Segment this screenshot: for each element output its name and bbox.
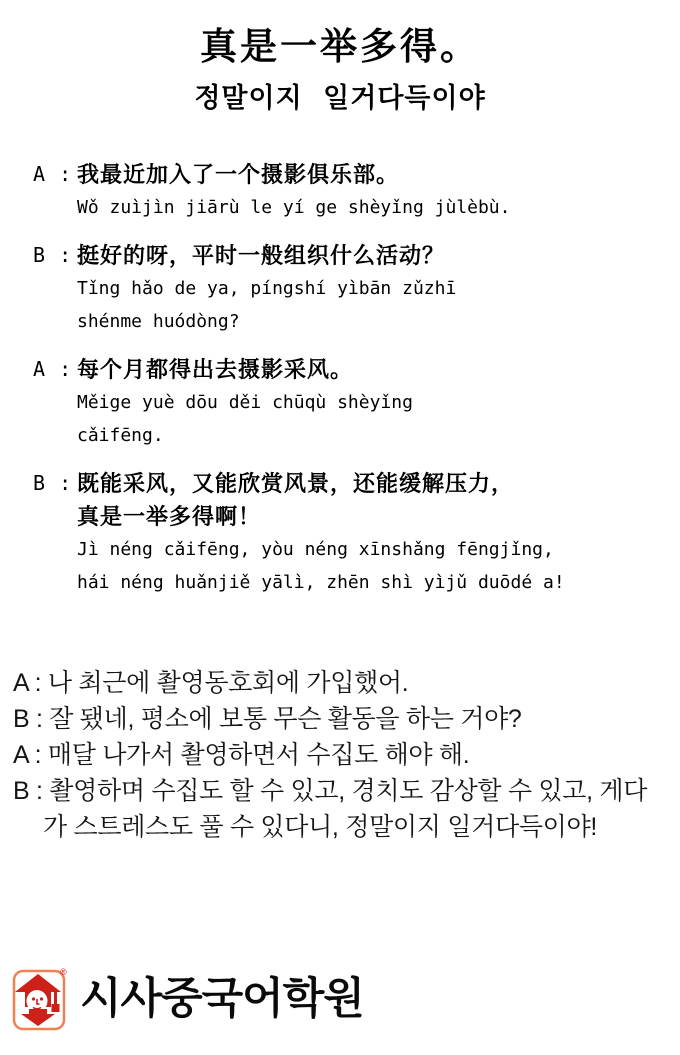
speaker-label: B : (33, 467, 77, 599)
chinese-line: 我最近加入了一个摄影俱乐部。 (77, 158, 680, 191)
korean-line: A : 매달 나가서 촬영하면서 수집도 해야 해. (13, 737, 666, 773)
chinese-line: 既能采风，又能欣赏风景，还能缓解压力， (77, 467, 680, 500)
logo-text: 시사중국어학원 (80, 963, 364, 1035)
pinyin-line: cǎifēng. (77, 419, 680, 452)
chinese-line: 真是一举多得啊！ (77, 500, 680, 533)
pinyin-line: Měige yuè dōu děi chūqù shèyǐng (77, 386, 680, 419)
dialogue-body: 每个月都得出去摄影采风。 Měige yuè dōu děi chūqù shè… (77, 353, 680, 452)
page-title-korean: 정말이지 일거다득이야 (0, 82, 680, 114)
pinyin-line: shénme huódòng? (77, 305, 680, 338)
dialogue-item-3: A : 每个月都得出去摄影采风。 Měige yuè dōu děi chūqù… (33, 353, 680, 452)
dialogue-item-2: B : 挺好的呀，平时一般组织什么活动？ Tǐng hǎo de ya, pín… (33, 239, 680, 338)
page-title-chinese: 真是一举多得。 (0, 26, 680, 70)
publisher-logo: ® 시사중국어학원 (12, 963, 364, 1035)
graduate-scholar-icon: ® (12, 963, 68, 1035)
dialogue-body: 既能采风，又能欣赏风景，还能缓解压力， 真是一举多得啊！ Jì néng cǎi… (77, 467, 680, 599)
speaker-label: A : (33, 158, 77, 224)
speaker-label: B : (33, 239, 77, 338)
chinese-line: 挺好的呀，平时一般组织什么活动？ (77, 239, 680, 272)
pinyin-line: Jì néng cǎifēng, yòu néng xīnshǎng fēngj… (77, 533, 680, 566)
korean-line: B : 촬영하며 수집도 할 수 있고, 경치도 감상할 수 있고, 게다 (13, 773, 666, 809)
pinyin-line: Tǐng hǎo de ya, píngshí yìbān zǔzhī (77, 272, 680, 305)
dialogue-item-4: B : 既能采风，又能欣赏风景，还能缓解压力， 真是一举多得啊！ Jì néng… (33, 467, 680, 599)
logo-badge: ® (12, 963, 68, 1035)
dialogue-body: 挺好的呀，平时一般组织什么活动？ Tǐng hǎo de ya, píngshí… (77, 239, 680, 338)
registered-trademark-symbol: ® (60, 967, 67, 977)
pinyin-line: Wǒ zuìjìn jiārù le yí ge shèyǐng jùlèbù. (77, 191, 680, 224)
korean-line: A : 나 최근에 촬영동호회에 가입했어. (13, 665, 666, 701)
korean-line-continuation: 가 스트레스도 풀 수 있다니, 정말이지 일거다득이야! (13, 809, 666, 845)
dialogue-section: A : 我最近加入了一个摄影俱乐部。 Wǒ zuìjìn jiārù le yí… (33, 158, 680, 599)
dialogue-item-1: A : 我最近加入了一个摄影俱乐部。 Wǒ zuìjìn jiārù le yí… (33, 158, 680, 224)
speaker-label: A : (33, 353, 77, 452)
pinyin-line: hái néng huǎnjiě yālì, zhēn shì yìjǔ duō… (77, 566, 680, 599)
korean-line: B : 잘 됐네, 평소에 보통 무슨 활동을 하는 거야? (13, 701, 666, 737)
page: 真是一举多得。 정말이지 일거다득이야 A : 我最近加入了一个摄影俱乐部。 W… (0, 0, 680, 1055)
chinese-line: 每个月都得出去摄影采风。 (77, 353, 680, 386)
korean-translation-section: A : 나 최근에 촬영동호회에 가입했어. B : 잘 됐네, 평소에 보통 … (13, 665, 666, 845)
dialogue-body: 我最近加入了一个摄影俱乐部。 Wǒ zuìjìn jiārù le yí ge … (77, 158, 680, 224)
